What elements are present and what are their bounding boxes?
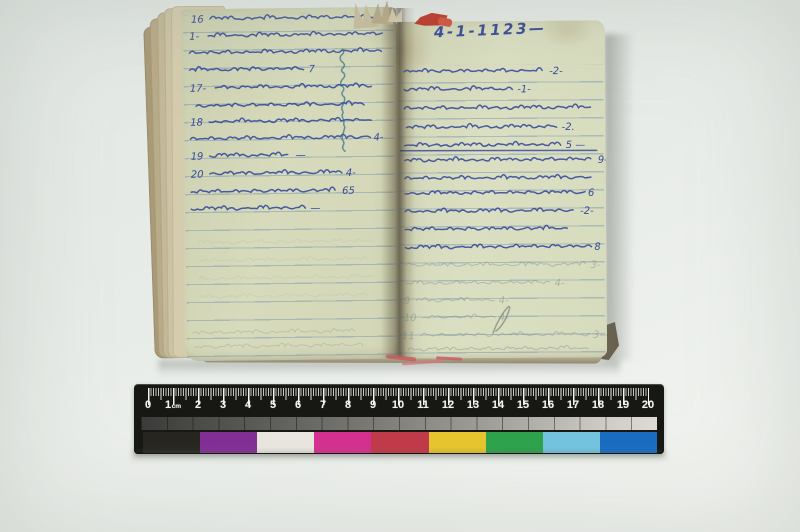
ruler-number: 18 [592,399,604,411]
color-swatch-red [371,432,428,453]
handwriting-numeral: 11 [402,331,415,342]
ruler-number: 10 [392,399,404,411]
color-swatches [143,432,657,453]
handwriting-numeral: -2. [562,122,575,133]
handwriting-ink-line [405,156,591,162]
handwriting-left-page: 161-717-184-19—204-65— [181,7,400,362]
handwriting-numeral: 5 — [566,140,586,151]
handwriting-ink-line [191,205,305,211]
handwriting-ink-line [405,225,567,230]
handwriting-pencil-line [193,328,355,334]
book-shadow [158,360,620,376]
handwriting-pencil-line [406,280,550,285]
handwriting-ink-line [209,117,371,124]
handwriting-ghost-line [199,274,373,280]
notebook-left-page: 161-717-184-19—204-65— [181,7,400,362]
ruler-number: 13 [467,399,479,411]
handwriting-right-page: -2--1--2.5 —9-6-2-83-4-94-104-113— [396,20,607,358]
handwriting-numeral: -2- [549,66,563,77]
handwriting-ghost-line [199,238,373,245]
ruler-number: 2 [195,399,201,411]
ruler-number: 20 [642,399,654,411]
ruler-number: 4 [245,399,251,411]
handwriting-numeral: — [296,150,306,161]
handwriting-numeral: 18 [190,118,203,129]
ruler-number: 7 [320,399,326,411]
handwriting-ink-line [405,141,561,147]
photograph: 161-717-184-19—204-65— 4-1-1123— -2--1--… [0,0,800,532]
handwriting-pencil-line [406,261,586,267]
ruler-number: 0 [145,399,151,411]
ruler-number: 1cm [165,399,181,411]
ruler-number: 8 [345,399,351,411]
handwriting-ink-line [404,86,512,91]
handwriting-numeral: 65 [342,186,355,197]
handwriting-numeral: 10 [404,313,417,324]
color-swatch-green [486,432,543,453]
handwriting-numeral: 20 [191,170,204,181]
handwriting-numeral: 4- [499,295,509,306]
handwriting-pencil-line [416,297,494,302]
handwriting-numeral: 16 [191,15,204,26]
handwriting-numeral: 19 [191,152,204,163]
ruler-number: 6 [295,399,301,411]
handwriting-pencil-line [421,331,589,337]
handwriting-ink-line [405,174,591,180]
handwriting-ink-line [196,101,364,107]
handwriting-ink-line [407,123,557,129]
ruler-number: 11 [417,399,429,411]
handwriting-numeral: 3- [590,260,600,271]
ruler-number: 15 [517,399,529,411]
ruler-numbers: 01cm234567891011121314151617181920 [134,399,664,413]
handwriting-ink-line [189,48,381,55]
handwriting-numeral: 9- [598,155,607,166]
handwriting-numeral: 6 [588,188,594,199]
handwriting-ink-line [404,104,590,110]
ruler-number: 5 [270,399,276,411]
handwriting-numeral: 4- [555,278,565,289]
handwriting-ink-line [190,65,304,71]
grayscale-wedge [141,417,657,430]
handwriting-ghost-line [199,256,367,263]
handwriting-numeral: 1- [189,32,199,43]
handwriting-numeral: 9 [404,296,410,307]
handwriting-numeral: 4- [373,132,383,143]
color-swatch-purple [200,432,257,453]
handwriting-pencil-line [423,314,495,318]
handwriting-ink-line [191,187,335,193]
handwriting-numeral: 17- [190,84,207,95]
ruler-number: 19 [617,399,629,411]
color-swatch-yellow [429,432,486,453]
color-swatch-white [257,432,314,453]
ruler-number: 12 [442,399,454,411]
handwriting-pencil-line [408,345,588,351]
book-shadow [604,34,634,360]
color-swatch-magenta [314,432,371,453]
millimeter-ticks [148,388,649,396]
scale-ruler: 01cm234567891011121314151617181920 [134,384,664,454]
color-swatch-black [143,432,200,453]
handwriting-ink-line [208,31,382,37]
color-swatch-blue [600,432,657,453]
handwriting-ink-line [210,169,342,175]
handwriting-pencil-line [195,342,363,349]
handwriting-rule-line [401,149,597,151]
handwriting-numeral: 7 [309,64,316,75]
handwriting-ink-line [210,14,378,20]
ruler-number: 3 [220,399,226,411]
handwriting-numeral: — [310,203,320,214]
ruler-shadow [132,452,666,462]
ruler-number: 16 [542,399,554,411]
color-swatch-cyan [543,432,600,453]
ruler-unit-label: cm [172,403,181,410]
handwriting-ink-line [405,190,585,195]
handwriting-ink-line [210,152,288,157]
handwriting-numeral: -2- [580,206,594,217]
handwriting-ink-line [405,207,573,213]
handwriting-numeral: -1- [517,84,531,95]
ruler-number: 14 [492,399,504,411]
handwriting-ghost-line [199,292,367,298]
handwriting-numeral: 8 [594,242,600,253]
ruler-number: 17 [567,399,579,411]
ruler-number: 9 [370,399,376,411]
handwriting-ink-line [215,83,371,89]
handwriting-ink-line [404,68,542,73]
handwriting-ink-line [405,243,591,248]
notebook-right-page: 4-1-1123— -2--1--2.5 —9-6-2-83-4-94-104-… [396,20,607,358]
handwriting-numeral: 3— [593,330,607,341]
handwriting-numeral: 4- [346,168,356,179]
